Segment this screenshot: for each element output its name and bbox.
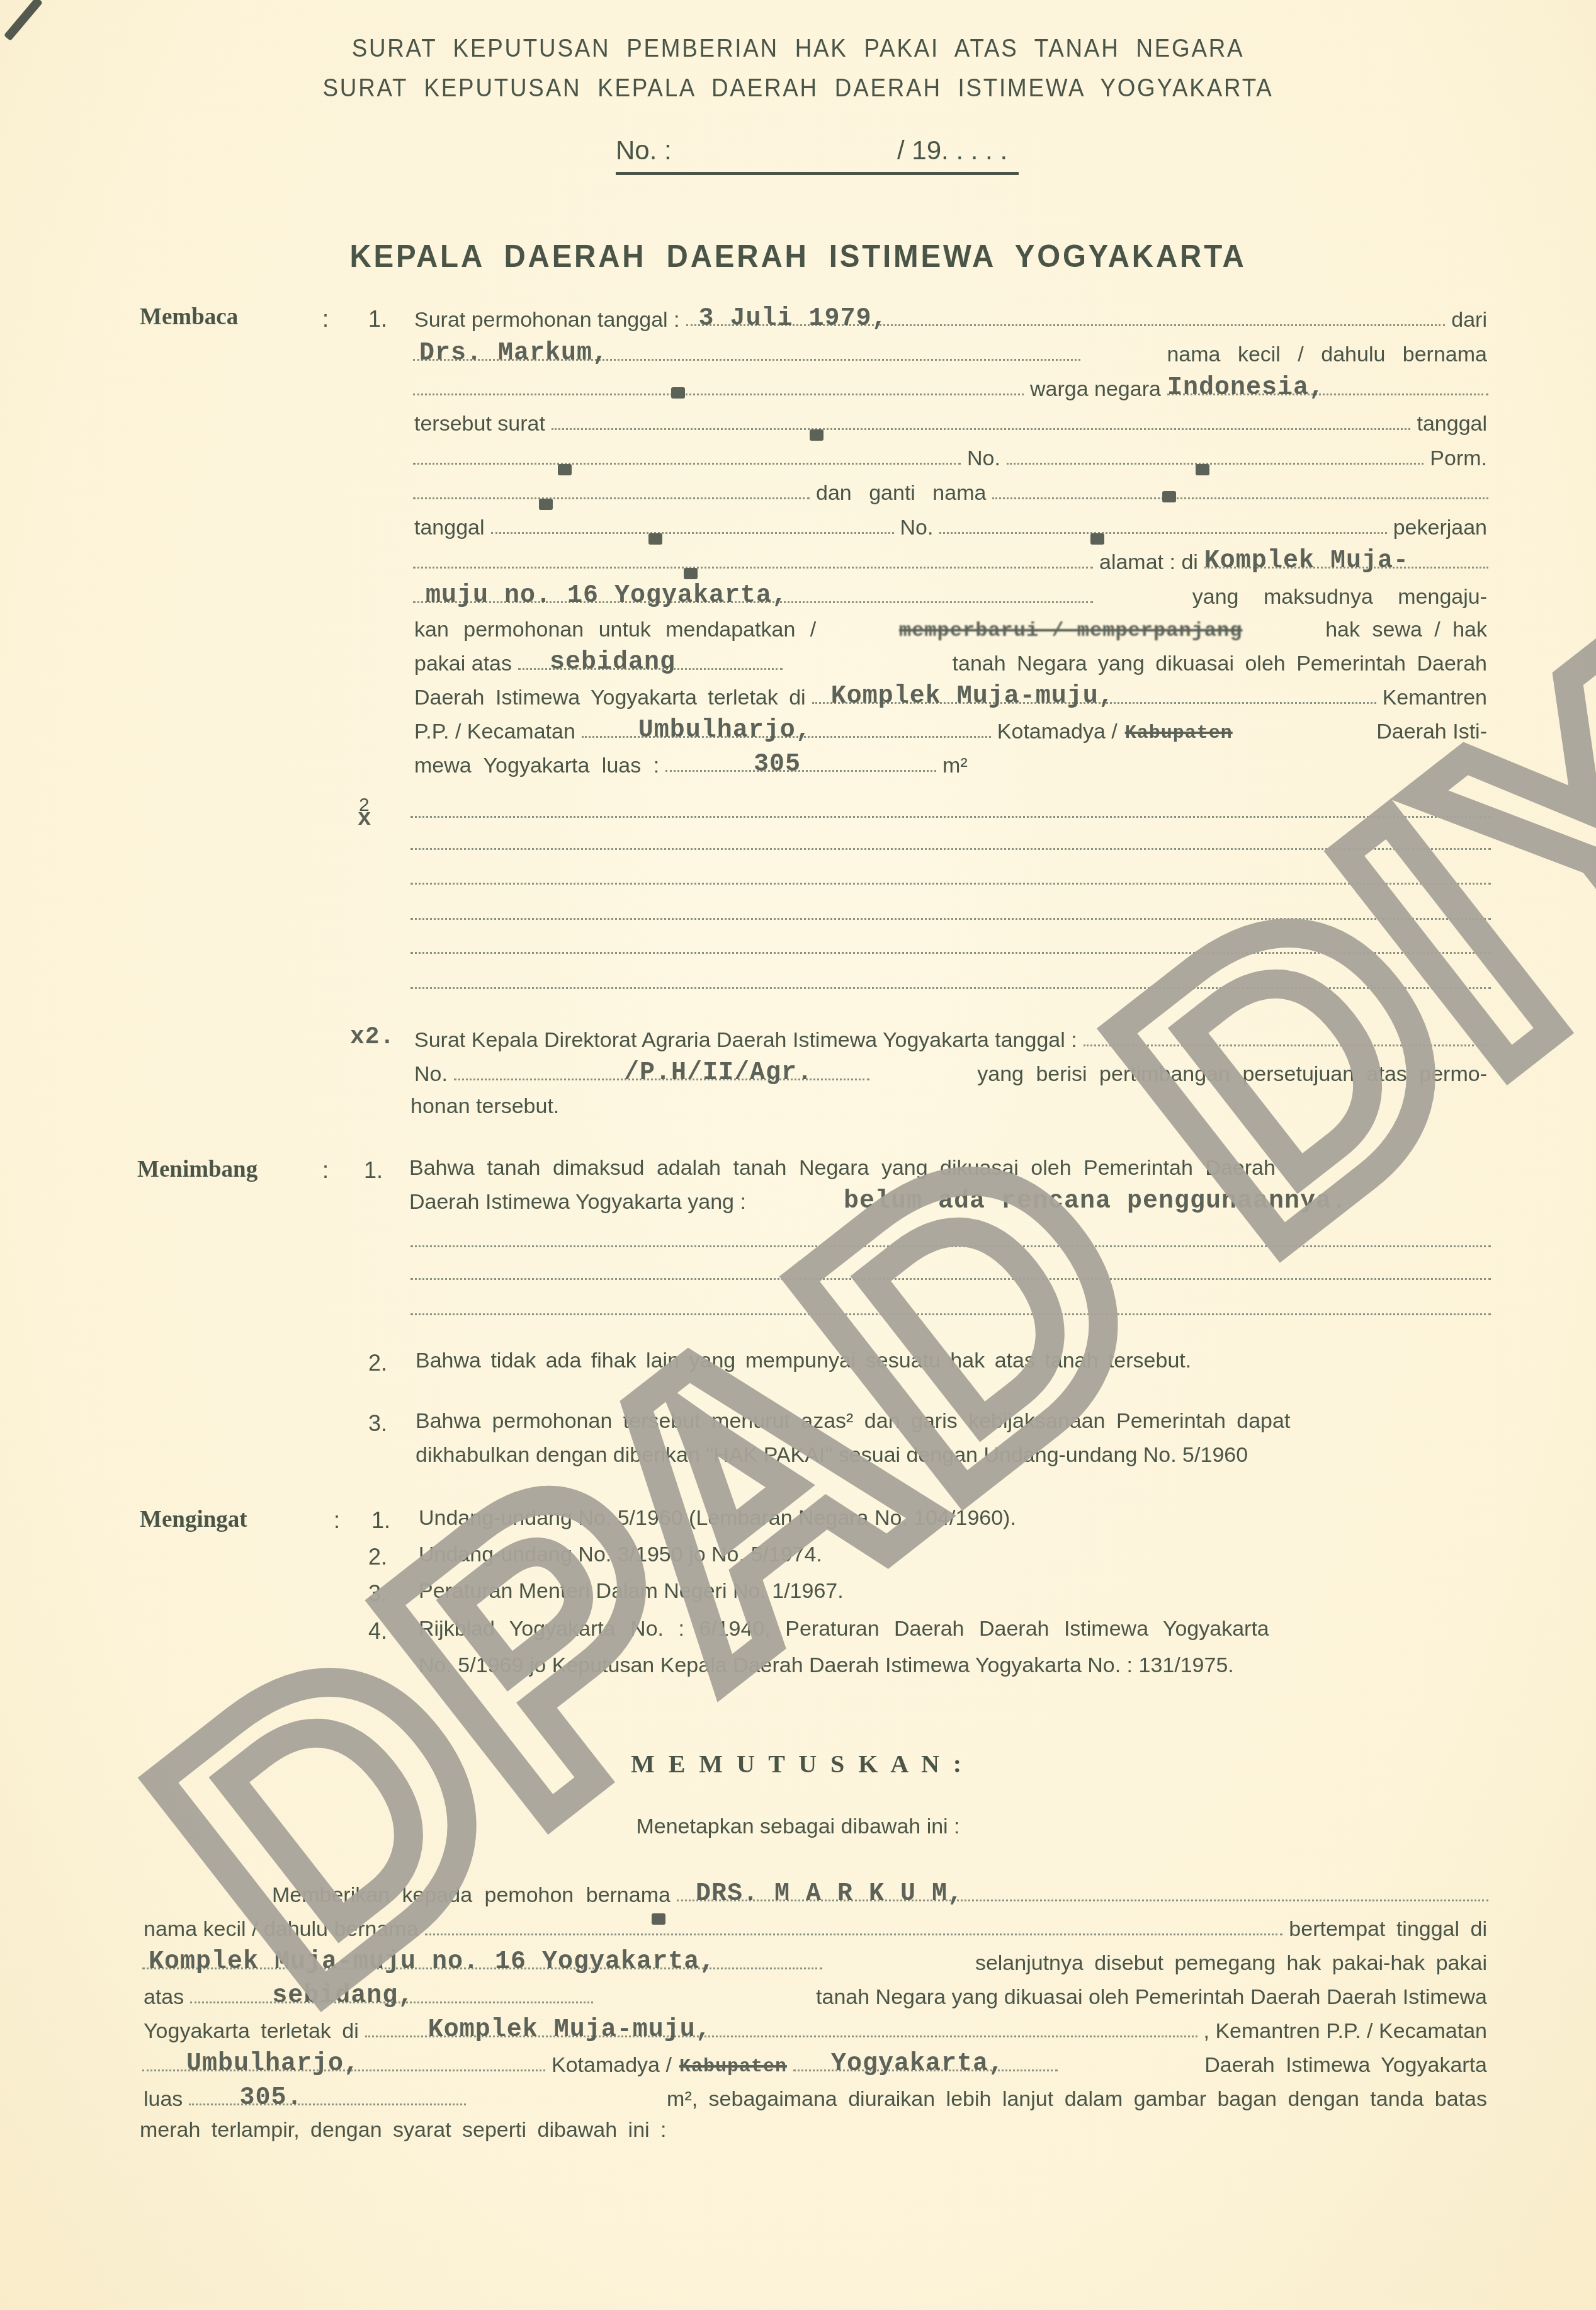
colon: : [322,1157,329,1184]
item-number: 3. [368,1580,387,1607]
item-number: 4. [368,1618,387,1645]
blank-line[interactable] [410,816,1491,818]
static-text: selanjutnya disebut pemegang hak pakai-h… [825,1951,1491,1976]
static-text: dikhabulkan dengan diberikan "HAK PAKAI"… [416,1443,1248,1468]
blank-line[interactable] [410,1245,1491,1247]
membaca-row-11: pakai atas sebidang tanah Negara yang di… [410,645,1491,676]
membaca-row-1: Surat permohonan tanggal : 3 Juli 1979, … [410,301,1491,332]
static-text: kan permohonan untuk mendapatkan / [410,618,820,642]
decree-number-year: / 19. . . . . [897,135,1007,166]
typed-value: Umbulharjo, [638,716,812,745]
membaca-item3-row-1: Surat Kepala Direktorat Agraria Daerah I… [410,1021,1491,1053]
static-text: tanah Negara yang dikuasai oleh Pemerint… [785,652,1491,676]
typed-value: Indonesia, [1167,374,1325,402]
static-text: hak sewa / hak [1322,618,1491,642]
static-text: tersebut surat [410,412,549,436]
static-text: No. 5/1969 jo Keputusan Kepala Daerah Da… [419,1653,1234,1678]
blank-line[interactable] [410,883,1491,885]
static-text: nama kecil / dahulu bernama [140,1917,422,1942]
watermark-dpad-diy: DPAD DIY [82,563,1596,2078]
static-text: No. [897,516,937,540]
static-text: bertempat tinggal di [1285,1917,1491,1942]
membaca-row-4: tersebut surat tanggal [410,405,1491,436]
grant-district-field[interactable]: Umbulharjo, [142,2054,545,2071]
doc-number-field[interactable] [1007,447,1423,465]
change-date-field[interactable] [491,516,894,534]
membaca-row-9: muju no. 16 Yogyakarta, yang maksudnya m… [410,578,1491,609]
membaca-item3-row-2: No. /P.H/II/Agr. yang berisi pertimbanga… [410,1055,1491,1087]
static-text: tanggal [410,516,489,540]
static-text: atas [140,1985,188,2010]
item-number: 1. [368,306,387,332]
parcel-field[interactable]: sebidang [518,652,783,670]
item-number: 2. [368,1544,387,1570]
typed-value: Komplek Muja-muju, [831,682,1114,711]
struck-out-text: memperbarui / memperpanjang [899,619,1242,642]
static-text: Daerah Isti- [1237,720,1491,744]
typed-value: /P.H/II/Agr. [624,1059,813,1087]
decision-heading: M E M U T U S K A N : [0,1749,1596,1779]
static-text: dari [1447,308,1491,332]
typed-value: muju no. 16 Yogyakarta, [426,582,788,610]
document-field[interactable] [552,412,1411,430]
static-text: Bahwa permohonan tersebut menurut azas² … [416,1409,1290,1434]
static-text: Rijkblad Yogyakarta No. : 6/1940, Peratu… [419,1617,1269,1641]
decision-subtitle: Menetapkan sebagai dibawah ini : [0,1815,1596,1839]
corner-pen-mark [4,0,43,41]
membaca-row-10: kan permohonan untuk mendapatkan / mempe… [410,611,1491,642]
dash-mark [1162,491,1176,502]
typed-value: Umbulharjo, [186,2050,359,2078]
item-number: x2. [350,1024,395,1051]
static-text: tanah Negara yang dikuasai oleh Pemerint… [596,1985,1491,2010]
grant-parcel-field[interactable]: sebidang, [190,1986,593,2003]
membaca-row-8: alamat : di Komplek Muja- [410,543,1491,575]
static-text: dan ganti nama [812,481,990,506]
static-text: No. [410,1062,451,1087]
static-text: honan tersebut. [410,1094,559,1119]
item-number: 3. [368,1410,387,1437]
grant-location-field[interactable]: Komplek Muja-muju, [365,2020,1197,2037]
struck-out-text: Kabupaten [676,2056,791,2078]
membaca-row-13: P.P. / Kecamatan Umbulharjo, Kotamadya /… [410,713,1491,744]
static-text: nama kecil / dahulu bernama [1163,343,1491,367]
area-field[interactable]: 305 [665,754,936,772]
decision-row-2: nama kecil / dahulu bernama bertempat ti… [140,1910,1491,1942]
typed-value: Komplek Muja- [1204,547,1409,575]
static-text: yang berisi pertimbangan persetujuan ata… [872,1062,1491,1087]
typed-value: 305 [754,750,801,779]
blank-line[interactable] [410,1313,1491,1315]
decision-row-1: Memberikan kepada pemohon bernama DRS. M… [140,1876,1491,1908]
typed-value: Komplek Muja-muju no. 16 Yogyakarta, [149,1948,715,1976]
nationality-field[interactable]: Indonesia, [1167,378,1488,395]
typed-value: sebidang, [272,1982,414,2010]
section-label-mengingat: Mengingat [140,1506,247,1533]
struck-out-text: Kabupaten [1121,723,1237,744]
static-text: Daerah Istimewa Yogyakarta [1060,2053,1491,2078]
occupation-field[interactable] [413,551,1093,569]
crossed-out-mark: x [358,806,372,832]
static-text: Porm. [1426,446,1491,471]
static-text: m² [939,754,971,778]
typed-value: 3 Juli 1979, [699,305,888,333]
static-text: mewa Yogyakarta luas : [410,754,663,778]
grantee-former-name-field[interactable] [425,1918,1283,1935]
static-text: Daerah Istimewa Yogyakarta terletak di [410,686,810,710]
static-text: alamat : di [1095,550,1202,575]
decision-row-4: atas sebidang, tanah Negara yang dikuasa… [140,1978,1491,2010]
page-title: KEPALA DAERAH DAERAH ISTIMEWA YOGYAKARTA [40,238,1556,275]
section-label-menimbang: Menimbang [137,1156,258,1183]
decision-row-3: Komplek Muja-muju no. 16 Yogyakarta, sel… [140,1944,1491,1976]
membaca-row-3: warga negara Indonesia, [410,370,1491,402]
item-number: 1. [371,1507,390,1534]
blank-line[interactable] [410,987,1491,989]
grantee-address-field[interactable]: Komplek Muja-muju no. 16 Yogyakarta, [142,1952,822,1969]
blank-line[interactable] [410,1278,1491,1280]
date-field[interactable]: 3 Juli 1979, [686,309,1446,326]
static-text: Surat permohonan tanggal : [410,308,684,332]
static-text: pekerjaan [1389,516,1491,540]
agraria-number-field[interactable]: /P.H/II/Agr. [454,1063,869,1080]
membaca-row-7: tanggal No. pekerjaan [410,509,1491,540]
typed-value: Drs. Markum, [419,339,608,368]
static-text: Kotamadya / [993,720,1121,744]
district-field[interactable]: Umbulharjo, [582,720,991,738]
typed-value: belum ada rencana penggunaannya. [844,1187,1347,1216]
item-number: 2. [368,1350,387,1376]
static-text: merah terlampir, dengan syarat seperti d… [140,2118,667,2143]
static-text: No. [963,446,1004,471]
static-text: Yogyakarta terletak di [140,2019,363,2044]
static-text: luas [140,2087,186,2112]
address-cont-field[interactable]: muju no. 16 Yogyakarta, [413,586,1093,603]
blank-line[interactable] [410,918,1491,920]
static-text: Kemantren [1379,686,1491,710]
colon: : [322,306,329,332]
static-text: Peraturan Menteri Dalam Negeri No. 1/196… [419,1579,844,1604]
static-text: Undang-undang No. 5/1960 (Lembaran Negar… [419,1506,1016,1531]
decree-number-label: No. : [616,135,672,166]
static-text: m², sebagaimana diuraikan lebih lanjut d… [468,2087,1491,2112]
blank-line[interactable] [410,848,1491,850]
membaca-row-6: dan ganti nama [410,474,1491,506]
typed-value: Komplek Muja-muju, [428,2016,711,2044]
dash-mark [652,1913,665,1925]
static-text: Bahwa tidak ada fihak lain yang mempunya… [416,1349,1191,1373]
doc-date-field[interactable] [413,447,961,465]
decree-number-underline [616,172,1019,175]
grantee-name-field[interactable]: DRS. M A R K U M, [677,1884,1488,1901]
static-text: Daerah Istimewa Yogyakarta yang : [409,1190,746,1214]
membaca-row-2: Drs. Markum, nama kecil / dahulu bernama [410,336,1491,367]
colon: : [334,1507,340,1534]
grant-area-field[interactable]: 305. [189,2088,466,2105]
static-text: Surat Kepala Direktorat Agraria Daerah I… [410,1028,1081,1053]
static-text: Kotamadya / [548,2053,676,2078]
static-text: Memberikan kepada pemohon bernama [140,1883,674,1908]
grant-city-field[interactable]: Yogyakarta, [793,2054,1058,2071]
static-text: Bahwa tanah dimaksud adalah tanah Negara… [409,1156,1276,1180]
agraria-date-field[interactable] [1084,1029,1488,1046]
static-text: , Kemantren P.P. / Kecamatan [1200,2019,1491,2044]
typed-value: DRS. M A R K U M, [696,1880,963,1908]
static-text: yang maksudnya mengaju- [1095,585,1491,609]
membaca-row-14: mewa Yogyakarta luas : 305 m² [410,747,1491,778]
decision-row-7: luas 305. m², sebagaimana diuraikan lebi… [140,2080,1491,2112]
membaca-row-12: Daerah Istimewa Yogyakarta terletak di K… [410,679,1491,710]
typed-value: sebidang [550,648,676,677]
header-line-2: SURAT KEPUTUSAN KEPALA DAERAH DAERAH IST… [64,74,1532,103]
new-name-field[interactable] [992,482,1488,499]
item-number: 1. [364,1157,383,1184]
static-text: tanggal [1413,412,1491,436]
name-field[interactable]: Drs. Markum, [413,343,1080,361]
form-field[interactable] [413,482,810,499]
membaca-row-5: No. Porm. [410,439,1491,471]
former-name-field[interactable] [413,378,1024,395]
header-line-1: SURAT KEPUTUSAN PEMBERIAN HAK PAKAI ATAS… [64,35,1532,63]
decision-row-5: Yogyakarta terletak di Komplek Muja-muju… [140,2012,1491,2044]
typed-value: 305. [239,2084,302,2112]
static-text: Undang-undang No. 3/1950 jo No. 5/1974. [419,1543,822,1567]
static-text: warga negara [1026,377,1165,402]
location-field[interactable]: Komplek Muja-muju, [812,686,1376,704]
change-number-field[interactable] [939,516,1386,534]
static-text: pakai atas [410,652,516,676]
address-field[interactable]: Komplek Muja- [1204,551,1488,569]
blank-line[interactable] [410,952,1491,954]
static-text: P.P. / Kecamatan [410,720,579,744]
decision-row-6: Umbulharjo, Kotamadya / Kabupaten Yogyak… [140,2046,1491,2078]
dash-mark [671,387,685,399]
section-label-membaca: Membaca [140,303,238,331]
document-page: SURAT KEPUTUSAN PEMBERIAN HAK PAKAI ATAS… [0,0,1596,2310]
typed-value: Yogyakarta, [831,2050,1004,2078]
